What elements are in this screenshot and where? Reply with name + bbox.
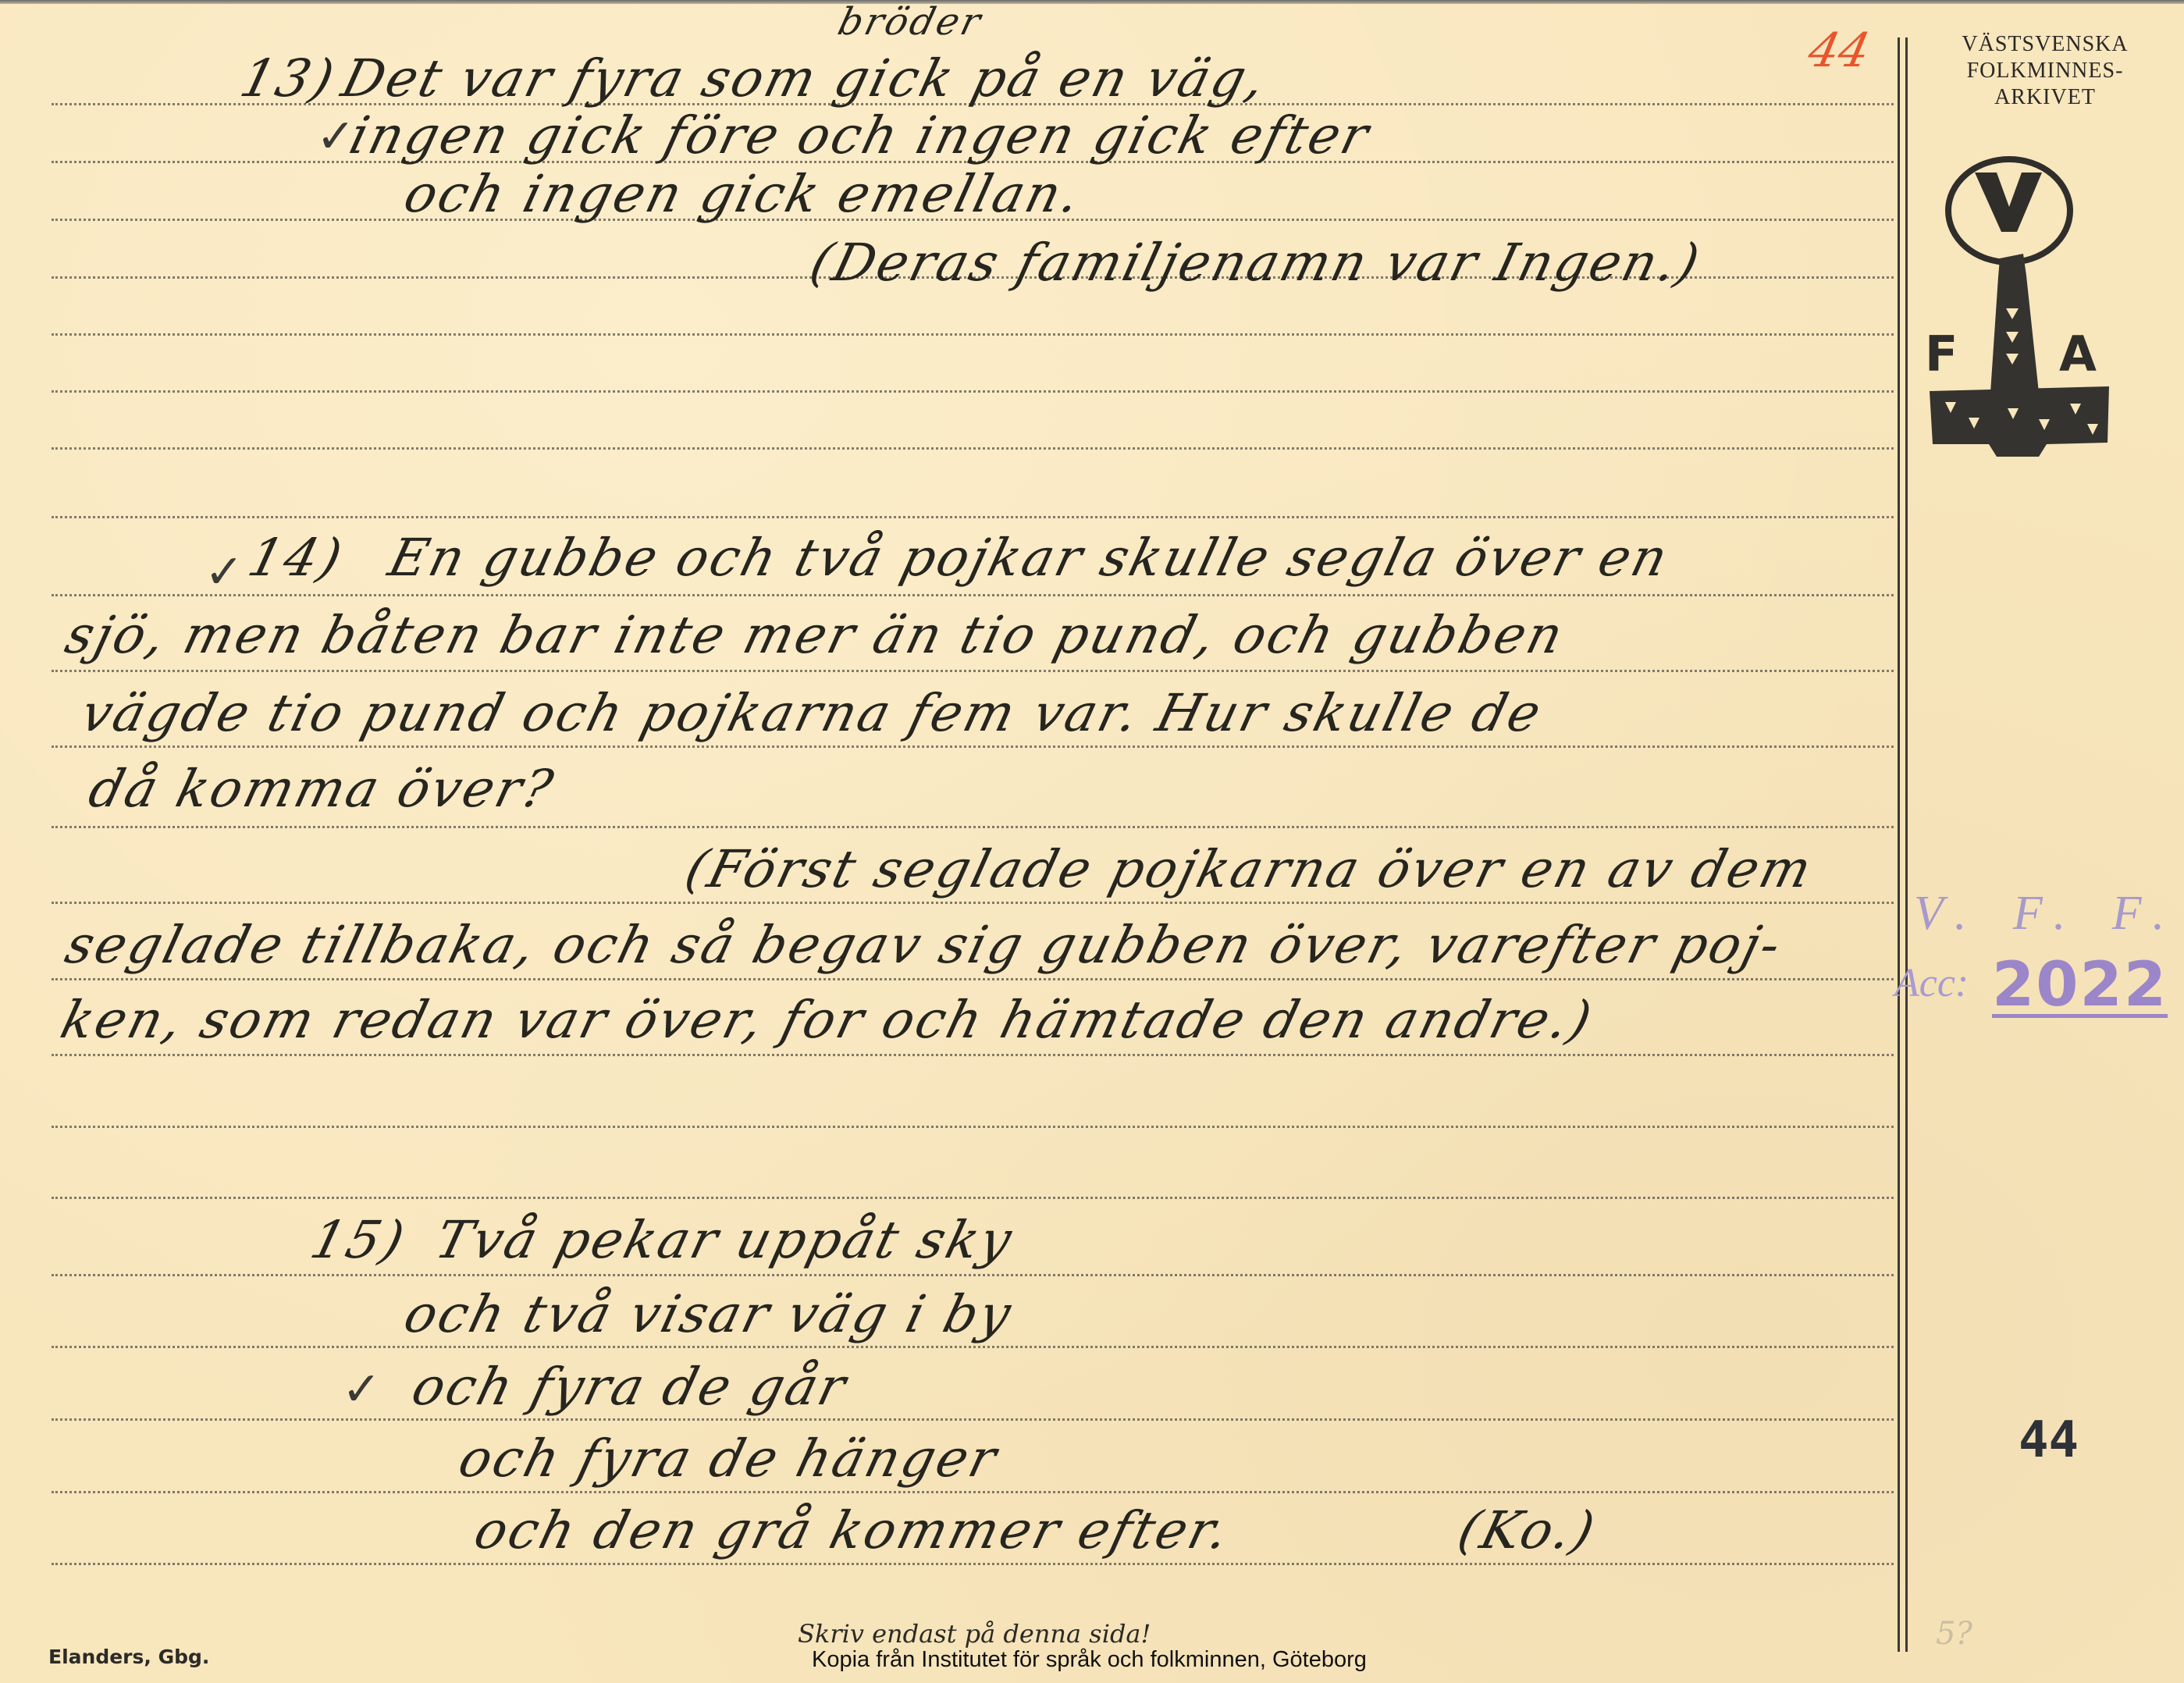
margin-rule-left [1898,37,1900,1652]
ruled-line [52,1418,1894,1421]
ruled-line [52,978,1894,980]
ruled-line [52,1346,1894,1348]
insertion-word: bröder [834,0,987,44]
entry-line: och fyra de går [406,1357,853,1417]
ruled-line [52,594,1894,596]
entry-line: och fyra de hänger [453,1429,1004,1489]
entry-line: och den grå kommer efter. [468,1500,1236,1560]
ruled-line [52,1054,1894,1056]
scan-top-edge [0,0,2184,4]
archive-header-line: VÄSTSVENSKA [1916,31,2174,58]
entry-number: 13) [234,48,342,109]
entry-line: Det var fyra som gick på en väg, [336,48,1273,109]
pencil-note: 5? [1936,1616,1972,1652]
ruled-line [52,826,1894,828]
copy-attribution: Kopia från Institutet för språk och folk… [812,1647,1367,1673]
ruled-line [52,902,1894,904]
ruled-line [52,1491,1894,1493]
entry-answer: (Först seglade pojkarna över en av dem [679,839,1819,899]
entry-line: ingen gick före och ingen gick efter [343,105,1376,165]
ruled-line [52,447,1894,450]
entry-line: En gubbe och två pojkar skulle segla öve… [382,528,1675,588]
entry-answer: ken, som redan var över, for och hämtade… [55,990,1599,1050]
entry-number: 14) [242,528,350,588]
ruled-line [52,516,1894,518]
printer-imprint: Elanders, Gbg. [48,1646,209,1668]
printed-page-number: 44 [2019,1411,2079,1469]
entry-answer: (Ko.) [1452,1500,1602,1560]
thors-hammer-icon: F A [1922,144,2109,457]
checkmark-icon: ✓ [342,1362,381,1417]
form-instruction: Skriv endast på denna sida! [798,1619,1151,1649]
ruled-line [52,390,1894,393]
entry-line: och ingen gick emellan. [398,164,1088,224]
archive-header-line: FOLKMINNES- [1916,58,2174,84]
ruled-line [52,1197,1894,1199]
entry-answer: (Deras familjenamn var Ingen.) [804,233,1707,293]
entry-line: vägde tio pund och pojkarna fem var. Hur… [75,683,1549,743]
entry-line: sjö, men båten bar inte mer än tio pund,… [59,605,1570,665]
entry-line: och två visar väg i by [398,1284,1019,1344]
ruled-line [52,745,1894,748]
svg-text:A: A [2059,326,2097,382]
red-page-number: 44 [1804,23,1875,78]
entry-number: 15) [304,1210,412,1270]
archive-header: VÄSTSVENSKA FOLKMINNES- ARKIVET [1916,31,2174,111]
svg-text:F: F [1925,326,1958,382]
margin-rule-right [1905,37,1908,1652]
archive-header-line: ARKIVET [1916,84,2174,111]
stamp-acc-label: Acc: [1894,960,1969,1006]
entry-answer: seglade tillbaka, och så begav sig gubbe… [59,915,1788,975]
stamp-initials: V. F. F. [1914,886,2182,941]
archive-logo: F A [1922,144,2109,457]
checkmark-icon: ✓ [205,545,244,600]
ruled-line [52,1126,1894,1128]
stamp-acc-number: 2022 [1992,956,2168,1018]
ruled-line [52,1563,1894,1565]
entry-line: Två pekar uppåt sky [429,1210,1019,1270]
ruled-line [52,333,1894,336]
entry-line: då komma över? [83,759,560,819]
ruled-line [52,1274,1894,1276]
ruled-line [52,670,1894,672]
